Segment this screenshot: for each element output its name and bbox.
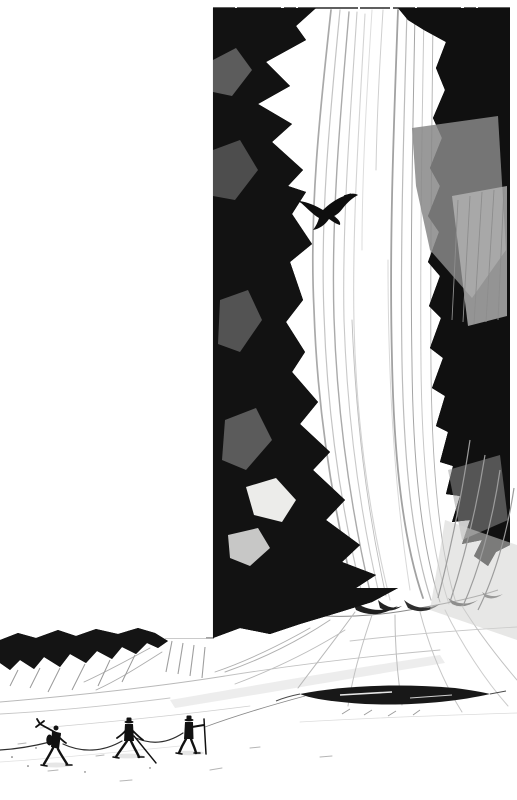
rucksack-icon	[46, 735, 52, 746]
engraving-figure	[0, 0, 517, 800]
